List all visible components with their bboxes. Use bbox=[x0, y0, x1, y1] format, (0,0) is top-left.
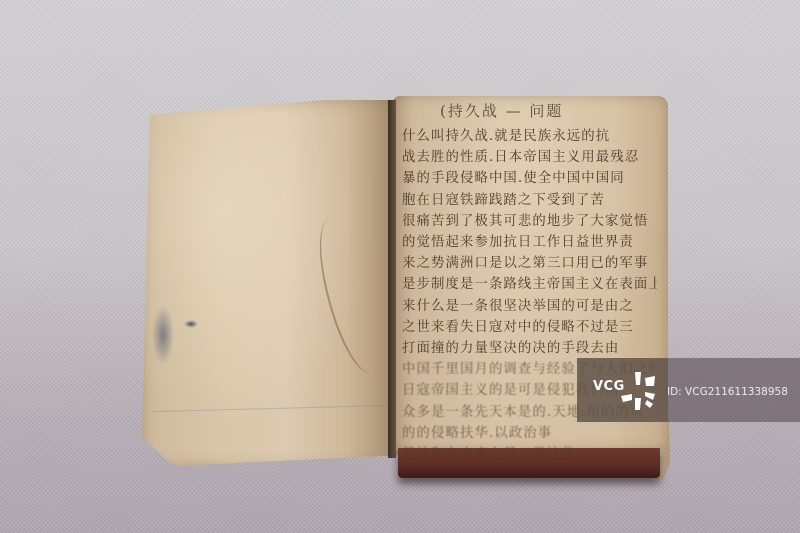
text-line: 战去胜的性质.日本帝国主义用最残忍 bbox=[402, 147, 657, 168]
vcg-watermark: VCG ID: VCG211611338958 bbox=[577, 358, 800, 422]
text-line: 很痛苦到了极其可悲的地步了大家觉悟 bbox=[402, 211, 657, 232]
text-line: 什么叫持久战.就是民族永远的抗 bbox=[402, 126, 657, 147]
left-page-blank bbox=[142, 100, 404, 466]
text-line: 的的侵略扶华.以政治事 bbox=[402, 423, 657, 444]
ink-smudge bbox=[152, 305, 174, 365]
page-heading: (持久战 — 问题 bbox=[440, 100, 630, 121]
text-line: 暴的手段侵略中国.使全中国中国同 bbox=[402, 168, 657, 189]
text-line: 的觉悟起来参加抗日工作日益世界责 bbox=[402, 232, 657, 253]
text-line: 来什么是一条很坚决举国的可是由之 bbox=[402, 296, 657, 317]
photo-scene: (持久战 — 问题 什么叫持久战.就是民族永远的抗 战去胜的性质.日本帝国主义用… bbox=[0, 0, 800, 533]
text-line: 之世来看失日寇对中的侵略不过是三 bbox=[402, 317, 657, 338]
text-line: 打面撞的力量坚决的决的手段去由 bbox=[402, 338, 657, 359]
text-line: 是法和在本来之是一是这些 bbox=[402, 444, 657, 465]
image-id-label: ID: VCG211611338958 bbox=[667, 386, 788, 398]
vcg-burst-logo-icon bbox=[617, 370, 659, 412]
ink-stain bbox=[184, 320, 198, 328]
text-line: 胞在日寇铁蹄践踏之下受到了苦 bbox=[402, 190, 657, 211]
text-line: 来之势满洲口是以之第三口用已的军事 bbox=[402, 253, 657, 274]
text-line: 是步制度是一条路线主帝国主义在表面上看 bbox=[402, 274, 657, 295]
book-spine-gutter bbox=[388, 100, 396, 458]
